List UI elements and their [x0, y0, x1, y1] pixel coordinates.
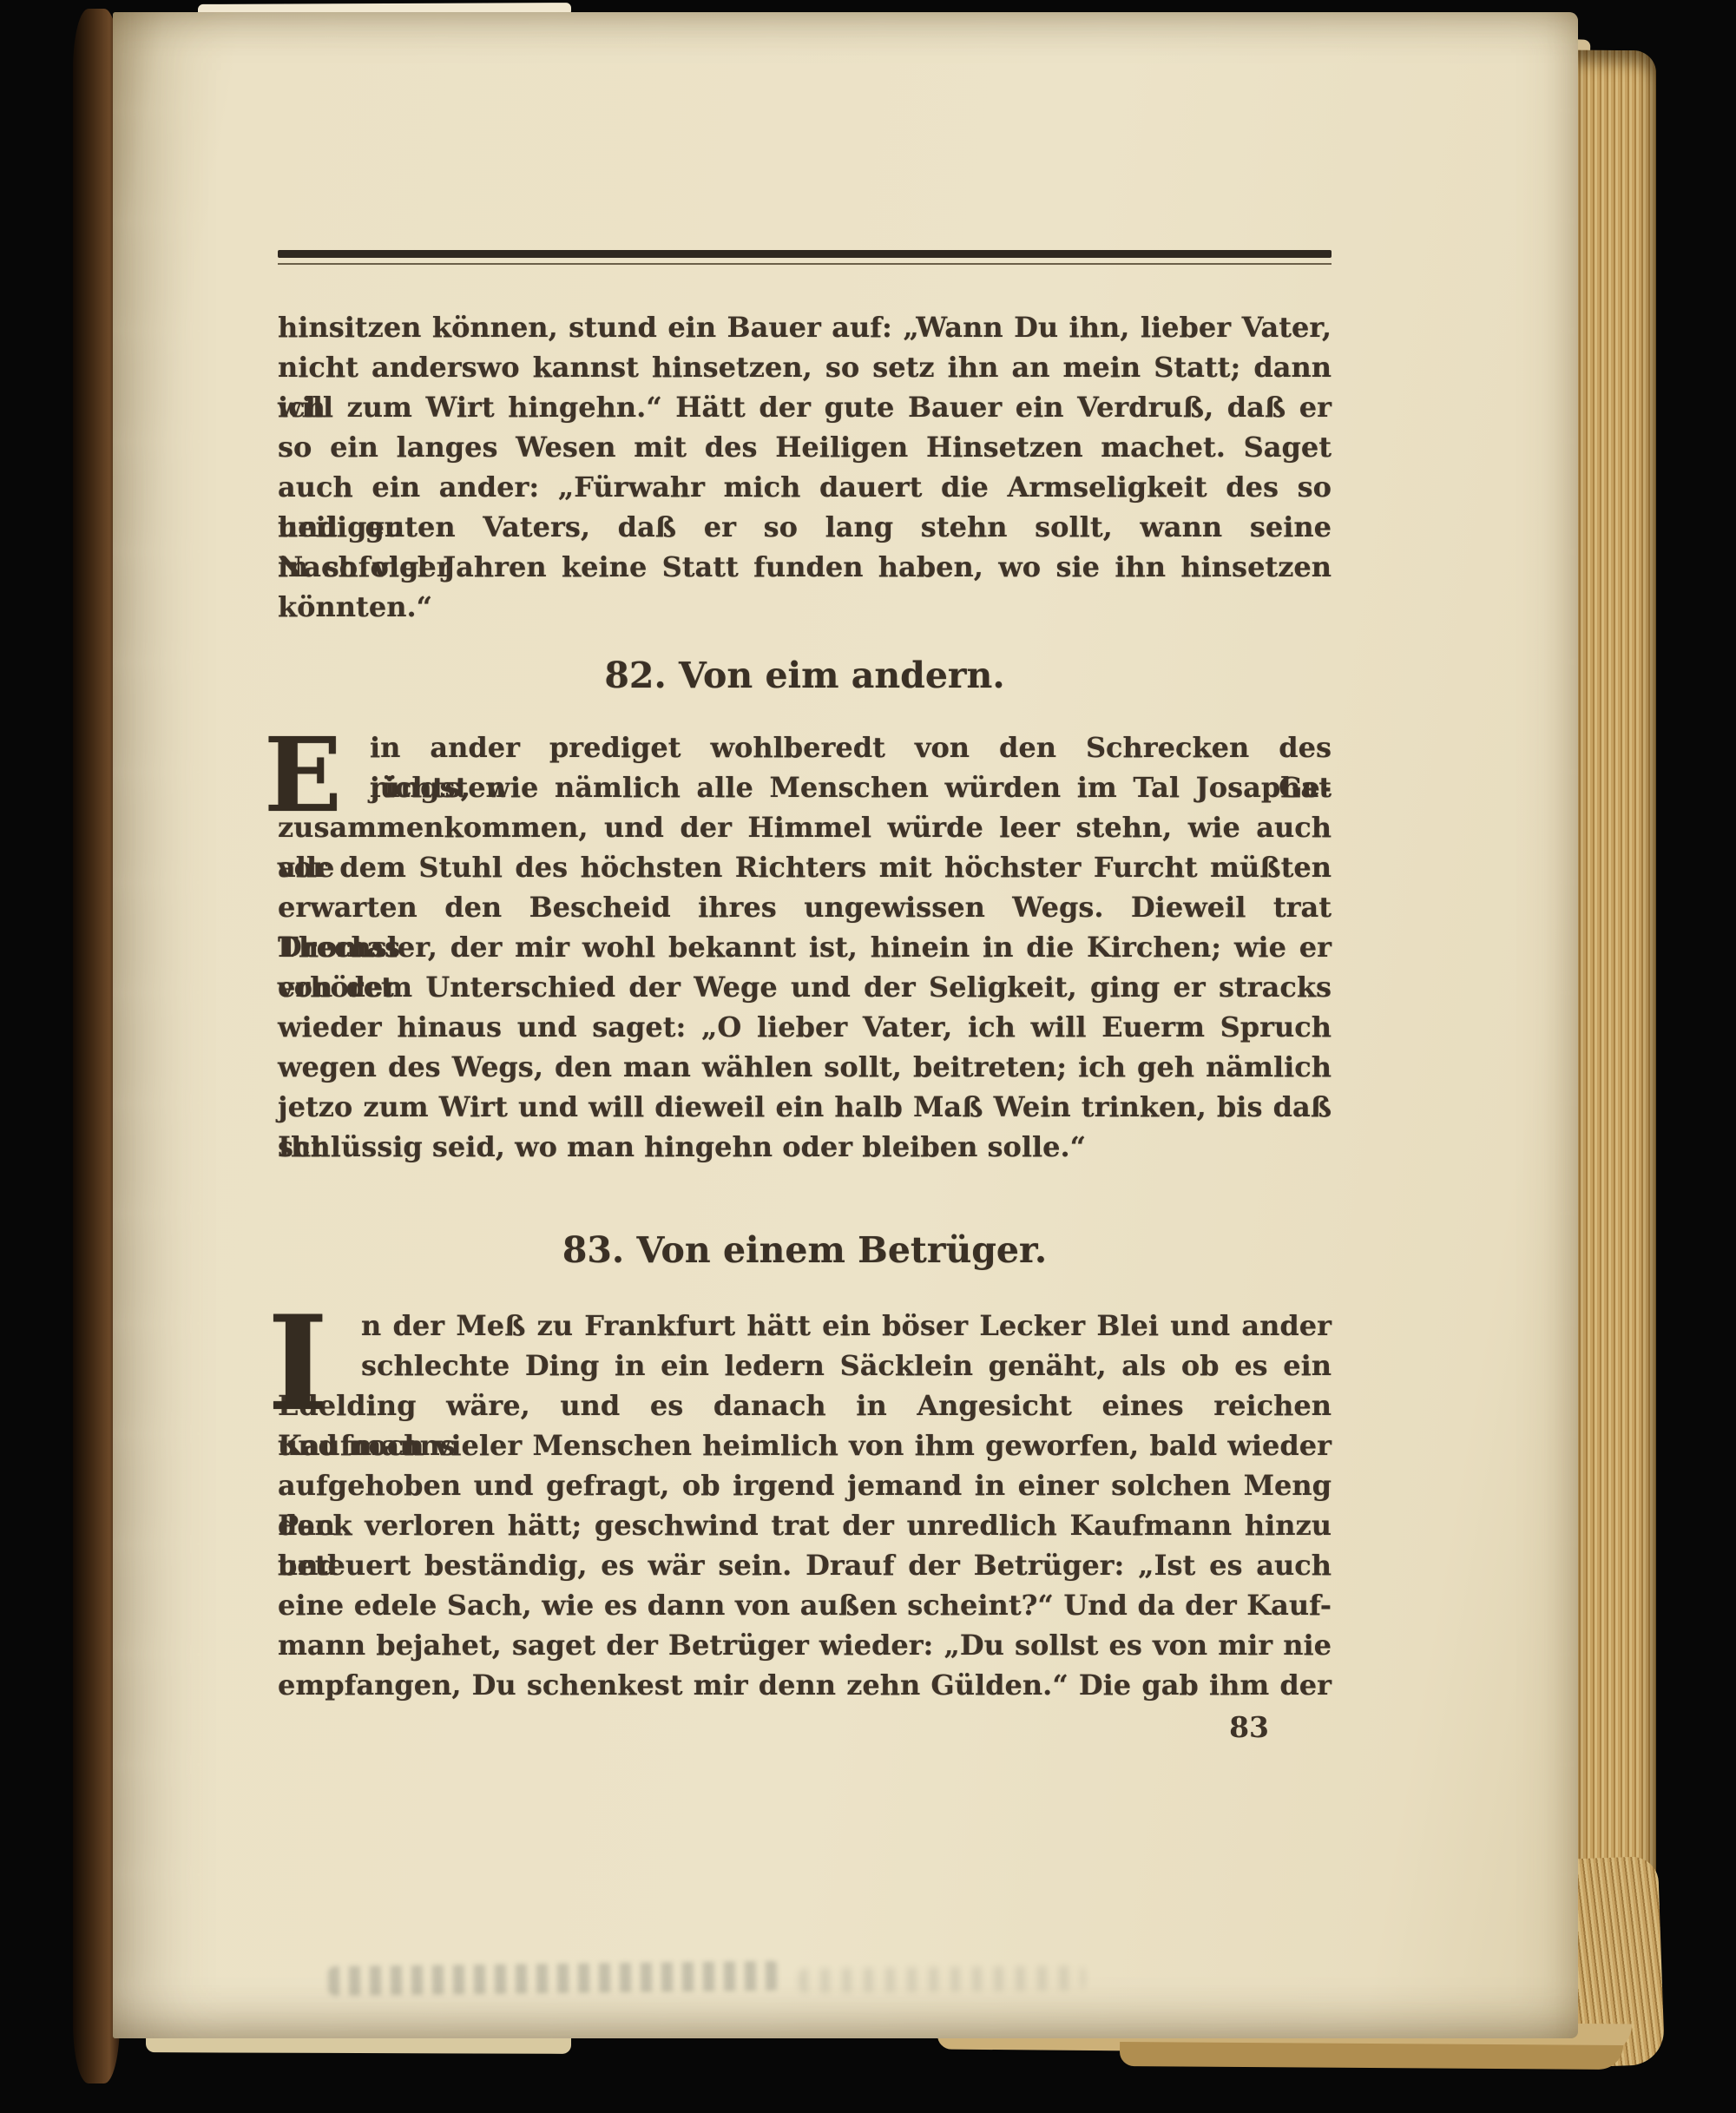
- paragraph-82-line: wieder hinaus und saget: „O lieber Vater…: [278, 1007, 1332, 1047]
- paragraph-82: Ein ander prediget wohlberedt von den Sc…: [278, 727, 1332, 1167]
- paragraph-83: In der Meß zu Frankfurt hätt ein böser L…: [278, 1306, 1332, 1705]
- heading-82: 82. Von eim andern.: [278, 655, 1332, 696]
- paragraph-83-line: schlechte Ding in ein ledern Säcklein ge…: [278, 1346, 1332, 1386]
- text-block: hinsitzen können, stund ein Bauer auf: „…: [278, 12, 1332, 2038]
- paragraph-81-continuation-line: so ein langes Wesen mit des Heiligen Hin…: [278, 427, 1332, 467]
- paragraph-81-continuation-line: könnten.“: [278, 587, 1332, 627]
- drop-cap-initial: I: [267, 1299, 328, 1429]
- paragraph-82-line: vor dem Stuhl des höchsten Richters mit …: [278, 847, 1332, 887]
- paragraph-82-line: erwarten den Bescheid ihres ungewissen W…: [278, 887, 1332, 927]
- page-bleed-through-text: [328, 1961, 779, 1996]
- paragraph-82-line: jetzo zum Wirt und will dieweil ein halb…: [278, 1087, 1332, 1127]
- paragraph-82-line: wegen des Wegs, den man wählen sollt, be…: [278, 1047, 1332, 1087]
- paragraph-82-line: in ander prediget wohlberedt von den Sch…: [278, 727, 1332, 767]
- book-page: hinsitzen können, stund ein Bauer auf: „…: [113, 12, 1578, 2038]
- paragraph-83-line: beteuert beständig, es wär sein. Drauf d…: [278, 1545, 1332, 1585]
- paragraph-83-line: eine edele Sach, wie es dann von außen s…: [278, 1585, 1332, 1625]
- paragraph-81-continuation-line: und guten Vaters, daß er so lang stehn s…: [278, 507, 1332, 547]
- paragraph-82-line: schlüssig seid, wo man hingehn oder blei…: [278, 1127, 1332, 1167]
- paragraph-81-continuation-line: auch ein ander: „Fürwahr mich dauert die…: [278, 467, 1332, 507]
- paragraph-81-continuation-line: hinsitzen können, stund ein Bauer auf: „…: [278, 307, 1332, 347]
- paragraph-81-continuation-line: nicht anderswo kannst hinsetzen, so setz…: [278, 347, 1332, 387]
- paragraph-83-line: Pack verloren hätt; geschwind trat der u…: [278, 1505, 1332, 1545]
- paragraph-81-continuation-line: in so viel Jahren keine Statt funden hab…: [278, 547, 1332, 587]
- paragraph-81-continuation: hinsitzen können, stund ein Bauer auf: „…: [278, 307, 1332, 627]
- paragraph-83-line: Edelding wäre, und es danach in Angesich…: [278, 1386, 1332, 1425]
- book-photo-scene: hinsitzen können, stund ein Bauer auf: „…: [0, 0, 1736, 2113]
- paragraph-82-line: zusammenkommen, und der Himmel würde lee…: [278, 807, 1332, 847]
- heading-83: 83. Von einem Betrüger.: [278, 1229, 1332, 1271]
- drop-cap-initial: E: [264, 724, 342, 826]
- paragraph-83-line: empfangen, Du schenkest mir denn zehn Gü…: [278, 1665, 1332, 1705]
- page-bleed-through-text: [799, 1965, 1085, 1992]
- book-fore-edge-pages: [1569, 50, 1656, 2048]
- page-stack-edge: [1120, 2042, 1623, 2070]
- paragraph-82-line: von dem Unterschied der Wege und der Sel…: [278, 967, 1332, 1007]
- paragraph-82-line: richts, wie nämlich alle Menschen würden…: [278, 767, 1332, 807]
- paragraph-83-line: und noch vieler Menschen heimlich von ih…: [278, 1425, 1332, 1465]
- paragraph-83-line: aufgehoben und gefragt, ob irgend jemand…: [278, 1465, 1332, 1505]
- page-number: 83: [1229, 1710, 1269, 1744]
- paragraph-81-continuation-line: will zum Wirt hingehn.“ Hätt der gute Ba…: [278, 387, 1332, 427]
- paragraph-82-line: Drechsler, der mir wohl bekannt ist, hin…: [278, 927, 1332, 967]
- paragraph-83-line: n der Meß zu Frankfurt hätt ein böser Le…: [278, 1306, 1332, 1346]
- paragraph-83-line: mann bejahet, saget der Betrüger wieder:…: [278, 1625, 1332, 1665]
